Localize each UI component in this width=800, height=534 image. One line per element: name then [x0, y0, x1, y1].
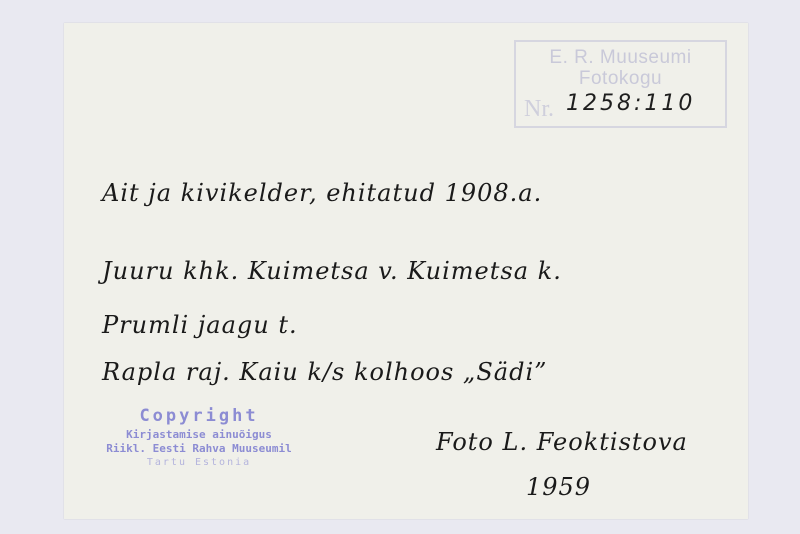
copyright-rights: Kirjastamise ainuõigus	[84, 429, 314, 440]
photo-year: 1959	[526, 475, 591, 499]
description-line-3: Prumli jaagu t.	[102, 313, 298, 337]
copyright-location: Tartu Estonia	[84, 458, 314, 468]
collection-stamp: E. R. Muuseumi Fotokogu Nr. 1258:110	[514, 40, 727, 128]
catalog-card: E. R. Muuseumi Fotokogu Nr. 1258:110 Ait…	[64, 23, 748, 519]
stamp-nr-label: Nr.	[524, 97, 554, 121]
photographer-credit: Foto L. Feoktistova	[436, 430, 688, 454]
description-line-2: Juuru khk. Kuimetsa v. Kuimetsa k.	[102, 259, 562, 283]
catalog-number: 1258:110	[566, 93, 695, 115]
copyright-title: Copyright	[84, 408, 314, 425]
copyright-holder: Riikl. Eesti Rahva Muuseumil	[84, 443, 314, 454]
stamp-collection-name: Fotokogu	[516, 69, 725, 88]
description-line-4: Rapla raj. Kaiu k/s kolhoos „Sädi”	[102, 360, 547, 384]
copyright-stamp: Copyright Kirjastamise ainuõigus Riikl. …	[84, 408, 314, 468]
description-line-1: Ait ja kivikelder, ehitatud 1908.a.	[102, 181, 542, 205]
stamp-museum-name: E. R. Muuseumi	[516, 48, 725, 67]
